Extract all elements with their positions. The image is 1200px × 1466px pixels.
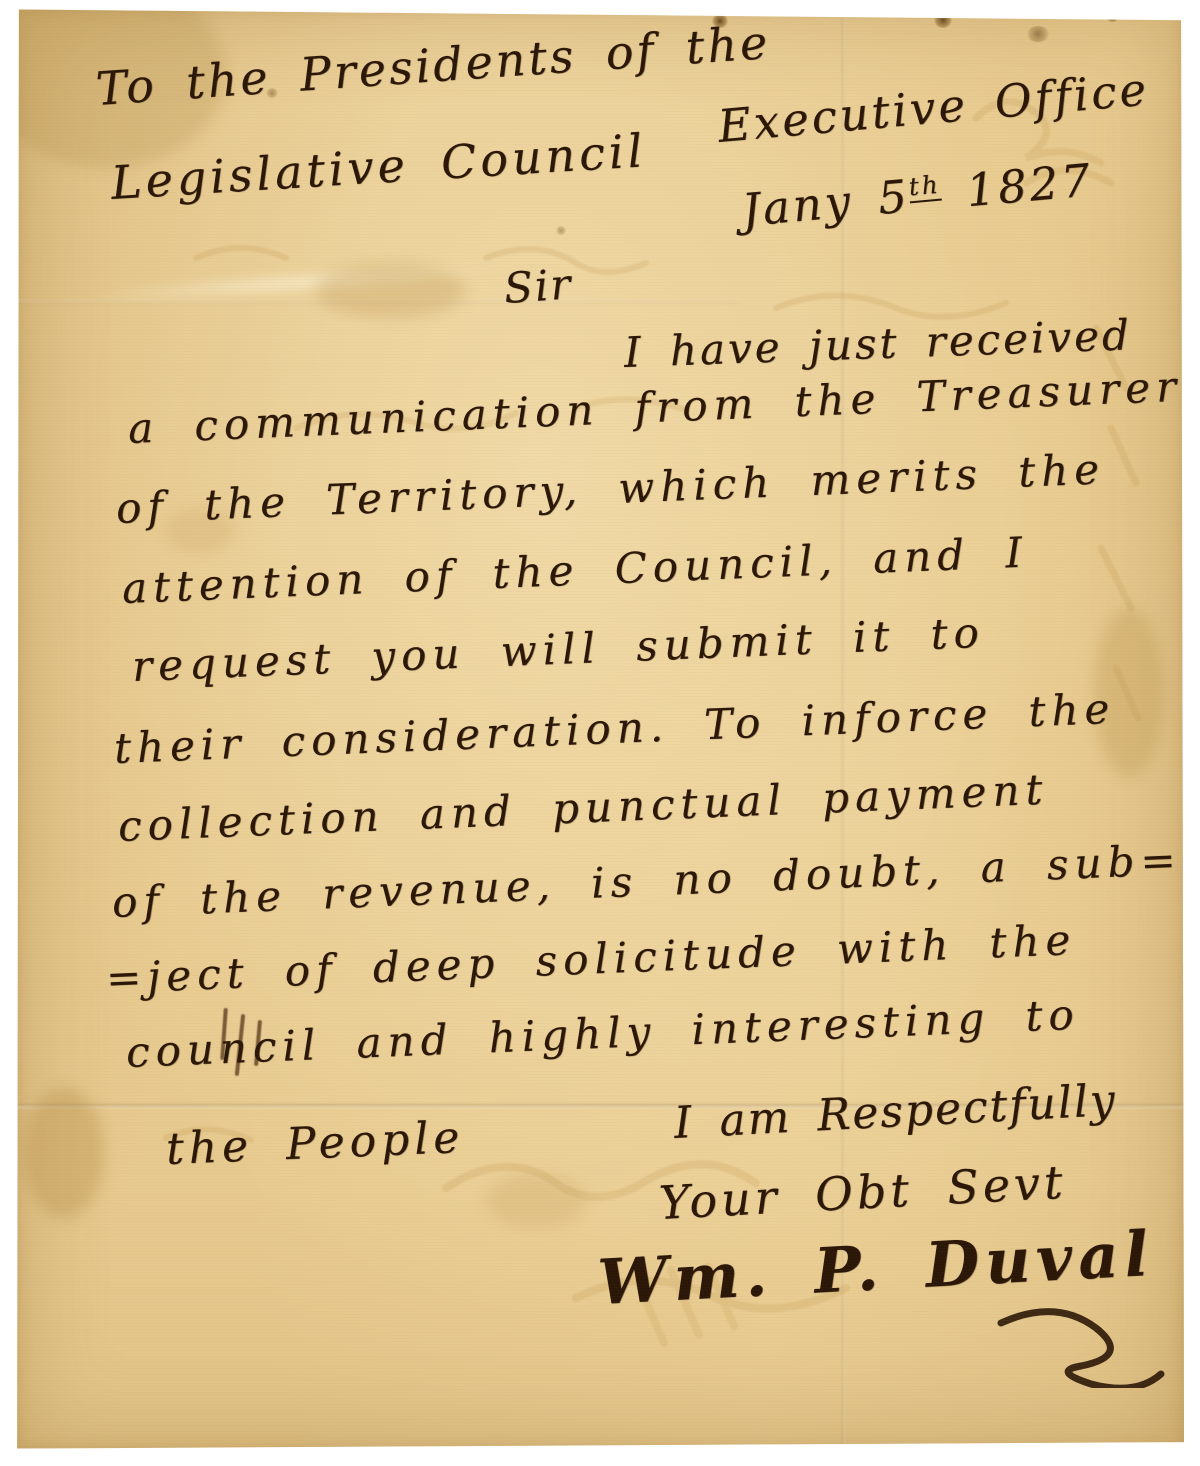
date-ordinal-superscript: th [908,170,942,204]
closing-line-1: I am Respectfully [673,1075,1118,1149]
stain [486,1173,586,1228]
upper-fold-crease [16,300,740,303]
fox-spot [1026,26,1050,42]
body-line: =ject of deep solicitude with the [105,915,1077,1003]
paper-wrinkle [86,255,507,310]
recipient-line-1: To the Presidents of the [94,15,772,116]
body-line: council and highly interesting to [125,990,1081,1077]
stain [316,263,466,318]
body-line: of the Territory, which merits the [115,444,1106,533]
closing-line-2: Your Obt Sevt [658,1155,1068,1230]
fox-spot [1106,10,1119,22]
letter-paper-sheet: To the Presidents of the Legislative Cou… [16,8,1184,1450]
body-line: collection and punctual payment [117,765,1049,851]
body-line: attention of the Council, and I [121,528,1029,613]
dateline-place: Executive Office [716,62,1151,152]
fox-spot [934,12,952,28]
date-prefix: Jany 5 [740,169,912,236]
body-line: their consideration. To inforce the [113,684,1116,773]
stain [24,1088,104,1218]
salutation: Sir [502,259,574,313]
letter-photograph: To the Presidents of the Legislative Cou… [0,0,1200,1466]
body-line: request you will submit it to [131,608,986,691]
dateline-date: Jany 5th 1827 [740,153,1095,236]
date-year: 1827 [964,153,1095,217]
fox-spot [556,226,566,235]
recipient-line-2: Legislative Council [109,123,647,210]
body-line: the People [165,1112,465,1175]
signature: Wm. P. Duval [596,1217,1156,1319]
body-line: of the revenue, is no doubt, a sub= [111,835,1182,927]
